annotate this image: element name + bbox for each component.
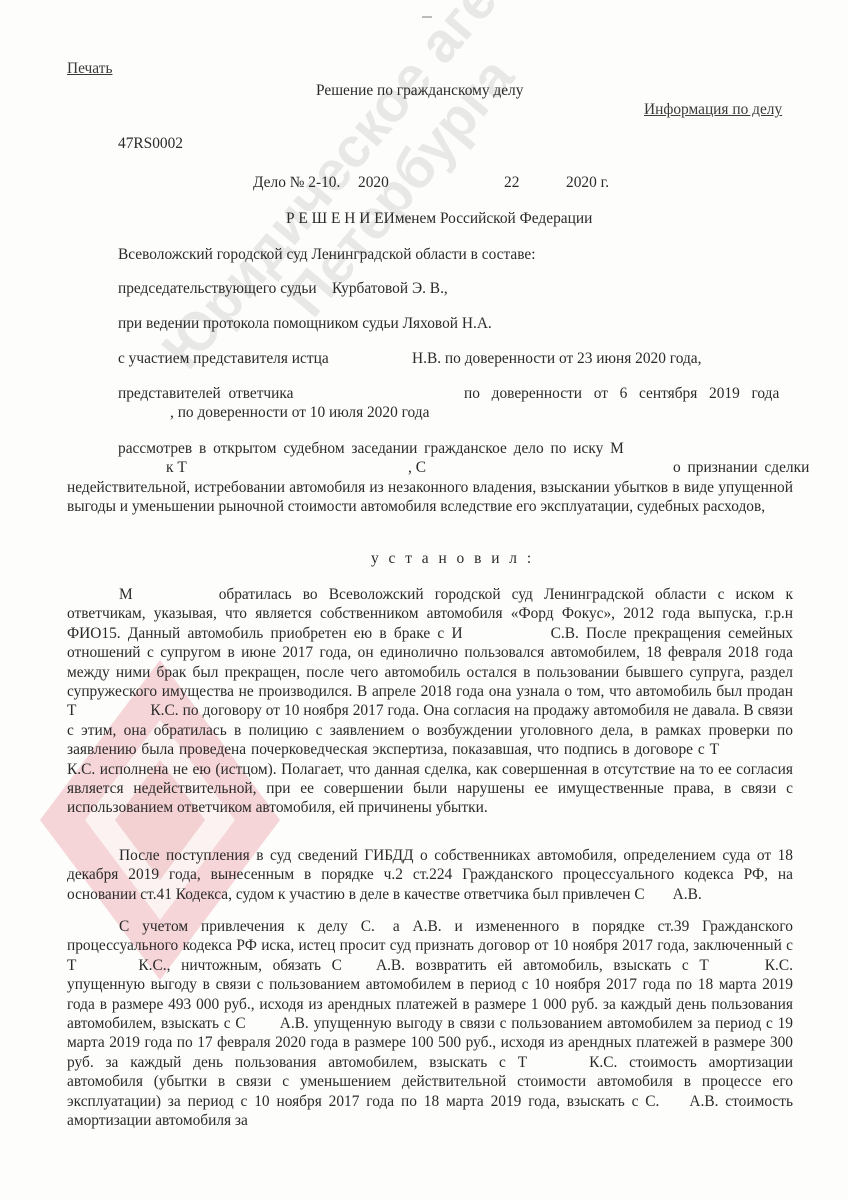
defendant-reps-suffix: по доверенности от 6 сентября 2019 года — [464, 385, 779, 403]
document-page: Юридическое агентство Петербурга Печать … — [0, 0, 848, 1200]
defendant-2: , С — [408, 459, 426, 477]
secretary-line: при ведении протокола помощником судьи Л… — [118, 315, 492, 333]
defendant-1: к Т — [166, 459, 187, 477]
case-number: Дело № 2-10. — [253, 174, 340, 192]
defendant-reps-prefix: представителей ответчика — [118, 385, 293, 403]
claim-subject: о признании сделки — [673, 459, 809, 477]
established-heading: у с т а н о в и л : — [371, 550, 534, 568]
print-link[interactable]: Печать — [67, 60, 112, 78]
plaintiff-rep-prefix: с участием представителя истца — [118, 350, 329, 368]
plaintiff-rep-suffix: Н.В. по доверенности от 23 июня 2020 год… — [412, 350, 701, 368]
paragraph-gibdd: После поступления в суд сведений ГИБДД о… — [67, 846, 793, 904]
page-title: Решение по гражданскому делу — [316, 82, 523, 100]
scan-speck — [422, 16, 432, 18]
decision-day: 22 — [504, 174, 519, 192]
defendant-reps-line2: , по доверенности от 10 июля 2020 года — [170, 404, 429, 422]
decision-heading: Р Е Ш Е Н И ЕИменем Российской Федерации — [286, 210, 592, 228]
case-year: 2020 — [358, 174, 389, 192]
case-info-link[interactable]: Информация по делу — [644, 101, 782, 119]
presiding-judge: председательствующего судьи Курбатовой Э… — [118, 280, 448, 298]
decision-year: 2020 г. — [566, 174, 609, 192]
court-composition: Всеволожский городской суд Ленинградской… — [118, 246, 536, 264]
paragraph-claim: Мобратилась во Всеволожский городской су… — [67, 585, 793, 818]
case-uid: 47RS0002 — [118, 135, 183, 153]
considering-line1: рассмотрев в открытом судебном заседании… — [118, 440, 624, 458]
paragraph-amended-claim: С учетом привлечения к делу С.а А.В. и и… — [67, 917, 793, 1130]
claim-description: недействительной, истребовании автомобил… — [67, 478, 793, 517]
